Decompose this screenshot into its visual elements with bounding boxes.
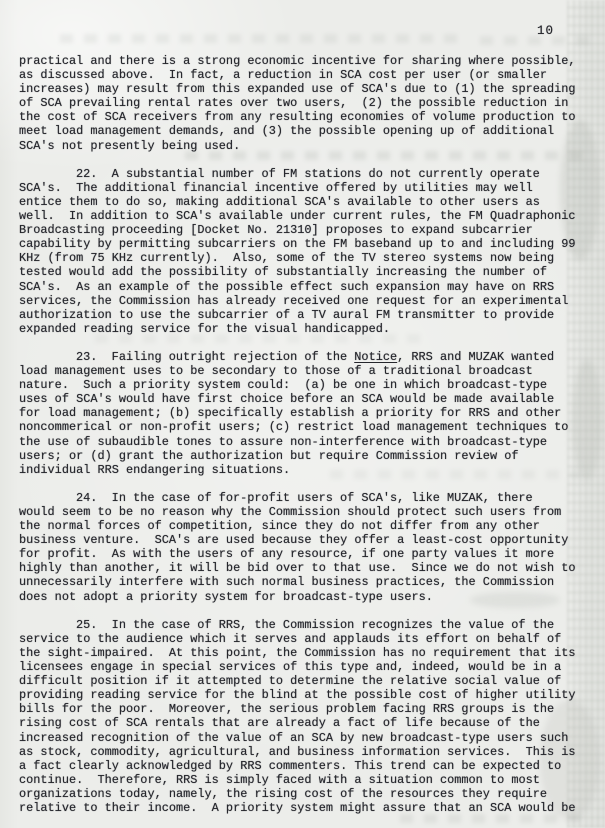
underlined-term: Notice xyxy=(354,350,397,364)
text-line: organizations today, namely, the rising … xyxy=(19,787,597,801)
text-line: licensees engage in special services of … xyxy=(19,660,597,674)
scanned-document-page: 10 practical and there is a strong econo… xyxy=(0,0,605,828)
paragraph: 25. In the case of RRS, the Commission r… xyxy=(19,618,597,815)
text-line: services, the Commission has already rec… xyxy=(19,294,597,308)
text-line: relative to their income. A priority sys… xyxy=(19,801,597,815)
paragraph: 24. In the case of for-profit users of S… xyxy=(19,491,597,604)
text-segment: 23. Failing outright rejection of the xyxy=(76,350,354,364)
text-line: the sight-impaired. At this point, the C… xyxy=(19,646,597,660)
text-line: does not adopt a priority system for bro… xyxy=(19,590,597,604)
text-line: noncommerical or non-profit users; (c) r… xyxy=(19,420,597,434)
text-line: users; or (d) grant the authorization bu… xyxy=(19,449,597,463)
text-line: SCA's. As an example of the possible eff… xyxy=(19,280,597,294)
text-line: individual RRS endangering situations. xyxy=(19,463,597,477)
text-line: continue. Therefore, RRS is simply faced… xyxy=(19,773,597,787)
text-line: nature. Such a priority system could: (a… xyxy=(19,378,597,392)
page-number: 10 xyxy=(537,24,554,38)
text-line: unnecessarily interfere with such normal… xyxy=(19,575,597,589)
text-line: providing reading service for the blind … xyxy=(19,688,597,702)
document-body: practical and there is a strong economic… xyxy=(19,54,597,815)
text-line: tested would add the possibility of subs… xyxy=(19,265,597,279)
text-line: load management uses to be secondary to … xyxy=(19,364,597,378)
text-line: as discussed above. In fact, a reduction… xyxy=(19,68,597,82)
text-line: capability by permitting subcarriers on … xyxy=(19,237,597,251)
bleed-through-ghost-text xyxy=(400,814,590,823)
text-line: 23. Failing outright rejection of the No… xyxy=(19,350,597,364)
text-line: bills for the poor. Moreover, the seriou… xyxy=(19,702,597,716)
text-line: highly than another, it will be bid over… xyxy=(19,561,597,575)
text-line: KHz (from 75 KHz currently). Also, some … xyxy=(19,251,597,265)
text-line: a fact clearly acknowledged by RRS comme… xyxy=(19,759,597,773)
text-line: for load management; (b) specifically es… xyxy=(19,406,597,420)
text-segment: , RRS and MUZAK wanted xyxy=(397,350,554,364)
text-line: business venture. SCA's are used because… xyxy=(19,533,597,547)
text-line: of SCA prevailing rental rates over two … xyxy=(19,96,597,110)
text-line: expanded reading service for the visual … xyxy=(19,322,597,336)
text-line: well. In addition to SCA's available und… xyxy=(19,209,597,223)
text-line: authorization to use the subcarrier of a… xyxy=(19,308,597,322)
paragraph: 22. A substantial number of FM stations … xyxy=(19,167,597,336)
text-line: the cost of SCA receivers from any resul… xyxy=(19,110,597,124)
text-line: SCA's. The additional financial incentiv… xyxy=(19,181,597,195)
text-line: uses of SCA's would have first choice be… xyxy=(19,392,597,406)
text-line: the normal forces of competition, since … xyxy=(19,519,597,533)
text-line: entice them to do so, making additional … xyxy=(19,195,597,209)
text-line: difficult position if it attempted to de… xyxy=(19,674,597,688)
text-line: 25. In the case of RRS, the Commission r… xyxy=(19,618,597,632)
text-line: increases) may result from this expanded… xyxy=(19,82,597,96)
paragraph: practical and there is a strong economic… xyxy=(19,54,597,153)
text-line: SCA's not presently being used. xyxy=(19,139,597,153)
bleed-through-ghost-text xyxy=(480,36,590,45)
text-line: service to the audience which it serves … xyxy=(19,632,597,646)
text-line: 22. A substantial number of FM stations … xyxy=(19,167,597,181)
text-line: practical and there is a strong economic… xyxy=(19,54,597,68)
text-line: rising cost of SCA rentals that are alre… xyxy=(19,716,597,730)
text-line: Broadcasting proceeding [Docket No. 2131… xyxy=(19,223,597,237)
text-line: 24. In the case of for-profit users of S… xyxy=(19,491,597,505)
bleed-through-ghost-text xyxy=(60,34,460,43)
text-line: would seem to be no reason why the Commi… xyxy=(19,505,597,519)
text-line: increased recognition of the value of an… xyxy=(19,731,597,745)
paragraph: 23. Failing outright rejection of the No… xyxy=(19,350,597,477)
text-line: the use of subaudible tones to assure no… xyxy=(19,435,597,449)
text-line: for profit. As with the users of any res… xyxy=(19,547,597,561)
text-line: meet load management demands, and (3) th… xyxy=(19,124,597,138)
text-line: as stock, commodity, agricultural, and b… xyxy=(19,745,597,759)
